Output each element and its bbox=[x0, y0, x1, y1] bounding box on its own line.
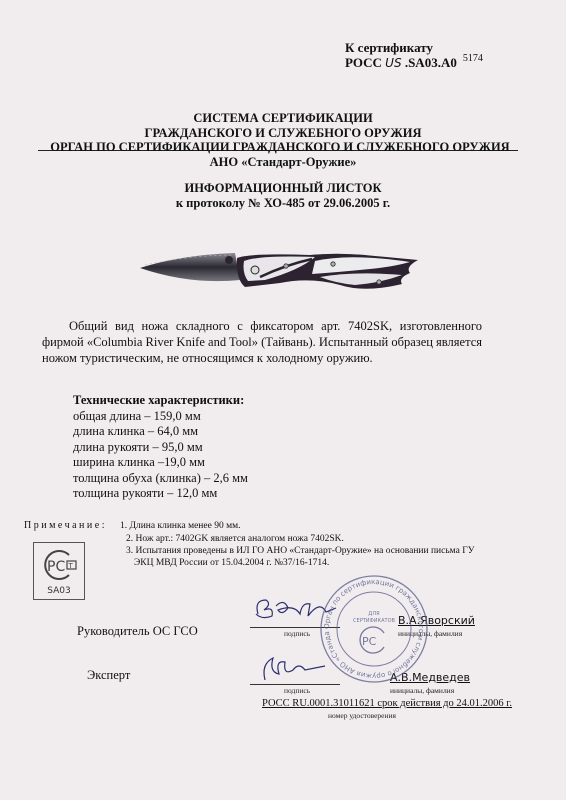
spec-item: толщина рукояти – 12,0 мм bbox=[73, 486, 248, 502]
expert-role-label: Эксперт bbox=[87, 668, 130, 683]
expert-name-caption: инициалы, фамилия bbox=[390, 686, 454, 695]
certificate-country: US bbox=[385, 56, 401, 70]
head-sign-caption: подпись bbox=[284, 629, 310, 638]
accreditation-certificate: РОСС RU.0001.31011621 срок действия до 2… bbox=[262, 698, 512, 709]
note-item: 3. Испытания проведены в ИЛ ГО АНО «Стан… bbox=[126, 545, 506, 557]
svg-text:СЕРТИФИКАТОВ: СЕРТИФИКАТОВ bbox=[353, 618, 395, 624]
note-item: ЭКЦ МВД России от 15.04.2004 г. №37/16-1… bbox=[134, 557, 329, 569]
specs-title: Технические характеристики: bbox=[73, 393, 248, 409]
note-item: 1. Длина клинка менее 90 мм. bbox=[120, 520, 240, 532]
spec-item: длина клинка – 64,0 мм bbox=[73, 424, 248, 440]
spec-item: общая длина – 159,0 мм bbox=[73, 409, 248, 425]
certification-body-line1: ОРГАН ПО СЕРТИФИКАЦИИ ГРАЖДАНСКОГО И СЛУ… bbox=[0, 140, 563, 155]
stamp-code: SA03 bbox=[34, 586, 84, 596]
svg-text:PC: PC bbox=[47, 559, 65, 575]
certification-body-line2: АНО «Стандарт-Оружие» bbox=[0, 155, 566, 170]
certificate-reference: К сертификату РОСС US .SA03.A05174 bbox=[345, 40, 483, 72]
knife-description: Общий вид ножа складного с фиксатором ар… bbox=[42, 318, 482, 366]
certificate-suffix: .SA03.A0 bbox=[405, 55, 457, 70]
pct-mark-icon: PC T bbox=[39, 547, 79, 583]
system-title-line2: ГРАЖДАНСКОГО И СЛУЖЕБНОГО ОРУЖИЯ bbox=[0, 126, 566, 141]
certificate-number: 5174 bbox=[463, 53, 483, 64]
organization-seal: Орган по сертификации гражданского и слу… bbox=[318, 573, 430, 685]
notes-label: Примечание: bbox=[24, 520, 107, 532]
folding-knife-image bbox=[140, 225, 430, 300]
accreditation-caption: номер удостоверения bbox=[328, 711, 396, 720]
sa03-conformity-stamp: PC T SA03 bbox=[33, 542, 85, 600]
certificate-prefix: РОСС bbox=[345, 55, 382, 70]
svg-text:ДЛЯ: ДЛЯ bbox=[368, 611, 379, 617]
spec-item: ширина клинка –19,0 мм bbox=[73, 455, 248, 471]
document-title: ИНФОРМАЦИОННЫЙ ЛИСТОК bbox=[0, 181, 566, 196]
head-role-label: Руководитель ОС ГСО bbox=[77, 624, 198, 639]
note-item: 2. Нож арт.: 7402GK является аналогом но… bbox=[126, 533, 344, 545]
technical-specs: Технические характеристики: общая длина … bbox=[73, 393, 248, 502]
system-title-line1: СИСТЕМА СЕРТИФИКАЦИИ bbox=[0, 111, 566, 126]
spec-item: толщина обуха (клинка) – 2,6 мм bbox=[73, 471, 248, 487]
spec-item: длина рукояти – 95,0 мм bbox=[73, 440, 248, 456]
expert-sign-caption: подпись bbox=[284, 686, 310, 695]
svg-text:PC: PC bbox=[362, 635, 377, 648]
certificate-ref-number-line: РОСС US .SA03.A05174 bbox=[345, 55, 483, 72]
svg-text:T: T bbox=[68, 562, 74, 570]
protocol-reference: к протоколу № ХО-485 от 29.06.2005 г. bbox=[0, 196, 566, 211]
